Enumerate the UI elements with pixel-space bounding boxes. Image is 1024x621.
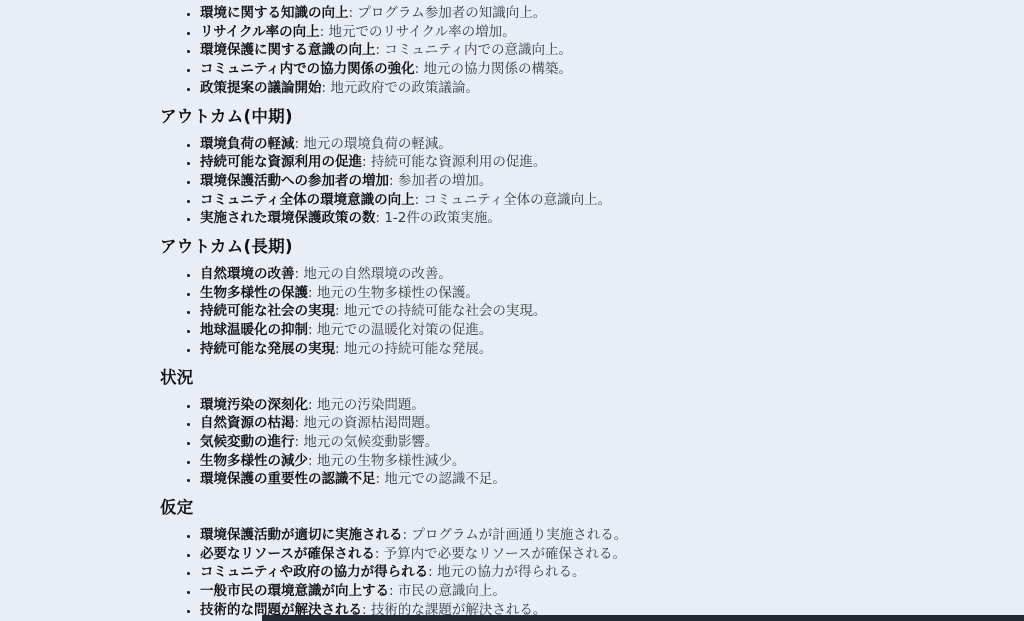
item-label: 気候変動の進行 [200,434,295,450]
item-description: 地元の持続可能な発展。 [344,341,493,357]
list-item: 持続可能な発展の実現: 地元の持続可能な発展。 [200,340,880,359]
section-heading: 状況 [160,367,880,388]
item-label: 環境に関する知識の向上 [200,5,349,21]
item-label: 環境保護活動への参加者の増加 [200,173,389,189]
item-description: 地元の生物多様性減少。 [317,453,466,469]
list-item: 一般市民の環境意識が向上する: 市民の意識向上。 [200,582,880,601]
list-item: コミュニティ全体の環境意識の向上: コミュニティ全体の意識向上。 [200,191,880,210]
list-item: 生物多様性の減少: 地元の生物多様性減少。 [200,452,880,471]
item-label: コミュニティ内での協力関係の強化 [200,61,415,77]
list-item: 環境負荷の軽減: 地元の環境負荷の軽減。 [200,135,880,154]
label-separator: : [308,322,317,338]
item-label: 持続可能な社会の実現 [200,303,335,319]
bullet-list: 環境に関する知識の向上: プログラム参加者の知識向上。リサイクル率の向上: 地元… [160,4,880,98]
label-separator: : [415,192,424,208]
list-item: 政策提案の議論開始: 地元政府での政策議論。 [200,79,880,98]
item-description: 地元での持続可能な社会の実現。 [344,303,547,319]
item-label: 実施された環境保護政策の数 [200,210,376,226]
item-label: リサイクル率の向上 [200,24,320,40]
item-label: コミュニティ全体の環境意識の向上 [200,192,415,208]
item-description: プログラム参加者の知識向上。 [357,5,546,21]
item-label: 自然環境の改善 [200,266,295,282]
section-heading: 仮定 [160,497,880,518]
list-item: リサイクル率の向上: 地元でのリサイクル率の増加。 [200,23,880,42]
label-separator: : [389,583,398,599]
item-label: 地球温暖化の抑制 [200,322,308,338]
item-description: 地元の生物多様性の保護。 [317,285,479,301]
item-description: 地元の協力が得られる。 [437,564,586,580]
item-description: 市民の意識向上。 [398,583,506,599]
list-item: 実施された環境保護政策の数: 1-2件の政策実施。 [200,209,880,228]
item-description: 地元でのリサイクル率の増加。 [328,24,515,40]
list-item: 持続可能な資源利用の促進: 持続可能な資源利用の促進。 [200,153,880,172]
label-separator: : [389,173,398,189]
item-label: 環境保護に関する意識の向上 [200,42,376,58]
label-separator: : [308,397,317,413]
list-item: 環境保護の重要性の認識不足: 地元での認識不足。 [200,470,880,489]
label-separator: : [308,453,317,469]
bullet-list: 自然環境の改善: 地元の自然環境の改善。生物多様性の保護: 地元の生物多様性の保… [160,265,880,359]
list-item: 環境に関する知識の向上: プログラム参加者の知識向上。 [200,4,880,23]
item-description: 地元の気候変動影響。 [303,434,438,450]
list-item: 持続可能な社会の実現: 地元での持続可能な社会の実現。 [200,302,880,321]
label-separator: : [428,564,437,580]
item-label: 持続可能な発展の実現 [200,341,335,357]
item-label: コミュニティや政府の協力が得られる [200,564,428,580]
item-label: 政策提案の議論開始 [200,80,322,96]
item-description: 持続可能な資源利用の促進。 [371,154,547,170]
item-label: 環境負荷の軽減 [200,136,295,152]
label-separator: : [375,546,384,562]
list-item: 環境保護活動が適切に実施される: プログラムが計画通り実施される。 [200,526,880,545]
item-description: 地元の環境負荷の軽減。 [303,136,452,152]
document-content: 環境に関する知識の向上: プログラム参加者の知識向上。リサイクル率の向上: 地元… [160,4,880,620]
document-page: 環境に関する知識の向上: プログラム参加者の知識向上。リサイクル率の向上: 地元… [0,0,1024,621]
bullet-list: 環境保護活動が適切に実施される: プログラムが計画通り実施される。必要なリソース… [160,526,880,620]
bullet-list: 環境負荷の軽減: 地元の環境負荷の軽減。持続可能な資源利用の促進: 持続可能な資… [160,135,880,229]
item-description: 1-2件の政策実施。 [384,210,501,226]
item-description: 地元での認識不足。 [384,471,506,487]
item-description: 地元での温暖化対策の促進。 [317,322,493,338]
label-separator: : [335,303,344,319]
item-description: 地元の資源枯渇問題。 [303,415,438,431]
item-label: 生物多様性の減少 [200,453,308,469]
label-separator: : [415,61,424,77]
section-heading: アウトカム(長期) [160,236,880,257]
item-label: 持続可能な資源利用の促進 [200,154,362,170]
item-label: 生物多様性の保護 [200,285,308,301]
item-description: 地元の協力関係の構築。 [424,61,573,77]
list-item: コミュニティや政府の協力が得られる: 地元の協力が得られる。 [200,563,880,582]
list-item: 環境保護に関する意識の向上: コミュニティ内での意識向上。 [200,41,880,60]
item-description: 地元の汚染問題。 [317,397,425,413]
item-label: 一般市民の環境意識が向上する [200,583,389,599]
item-description: プログラムが計画通り実施される。 [411,527,627,543]
section-heading: アウトカム(中期) [160,106,880,127]
item-label: 環境保護活動が適切に実施される [200,527,403,543]
item-label: 必要なリソースが確保される [200,546,375,562]
label-separator: : [362,154,371,170]
bullet-list: 環境汚染の深刻化: 地元の汚染問題。自然資源の枯渇: 地元の資源枯渇問題。気候変… [160,396,880,490]
cropped-dark-element-edge [262,615,1024,621]
item-label: 自然資源の枯渇 [200,415,295,431]
list-item: 自然資源の枯渇: 地元の資源枯渇問題。 [200,414,880,433]
list-item: 環境汚染の深刻化: 地元の汚染問題。 [200,396,880,415]
item-description: 地元の自然環境の改善。 [303,266,452,282]
label-separator: : [335,341,344,357]
list-item: 自然環境の改善: 地元の自然環境の改善。 [200,265,880,284]
list-item: コミュニティ内での協力関係の強化: 地元の協力関係の構築。 [200,60,880,79]
item-description: コミュニティ内での意識向上。 [384,42,572,58]
item-label: 環境汚染の深刻化 [200,397,308,413]
list-item: 環境保護活動への参加者の増加: 参加者の増加。 [200,172,880,191]
list-item: 必要なリソースが確保される: 予算内で必要なリソースが確保される。 [200,545,880,564]
item-description: 地元政府での政策議論。 [330,80,479,96]
label-separator: : [308,285,317,301]
item-description: 参加者の増加。 [398,173,493,189]
list-item: 生物多様性の保護: 地元の生物多様性の保護。 [200,284,880,303]
item-label: 環境保護の重要性の認識不足 [200,471,376,487]
item-description: 予算内で必要なリソースが確保される。 [384,546,626,562]
list-item: 地球温暖化の抑制: 地元での温暖化対策の促進。 [200,321,880,340]
item-description: コミュニティ全体の意識向上。 [424,192,612,208]
list-item: 気候変動の進行: 地元の気候変動影響。 [200,433,880,452]
